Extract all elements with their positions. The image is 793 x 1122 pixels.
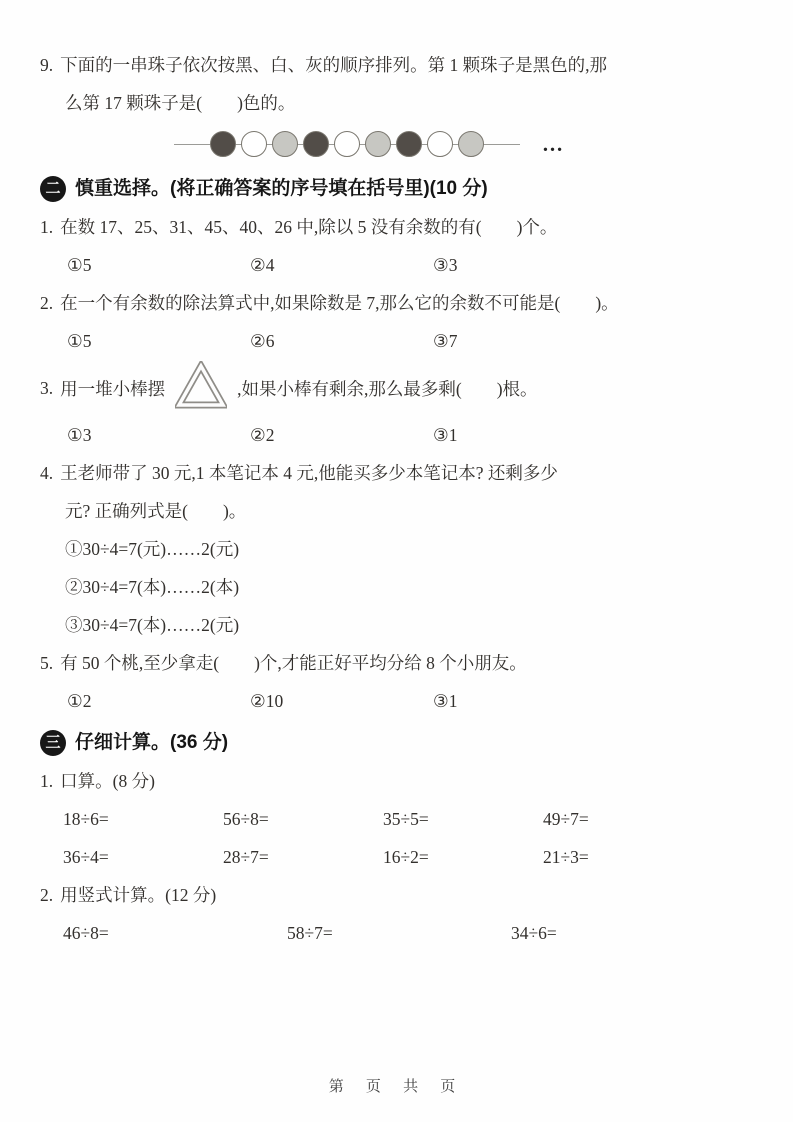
question-line: 1.口算。(8 分) [40, 762, 767, 800]
question-number: 1. [40, 217, 53, 237]
section-calc-title: 仔细计算。(36 分) [75, 724, 228, 762]
question-number: 1. [40, 771, 53, 791]
question-line: 2.用竖式计算。(12 分) [40, 876, 767, 914]
oral-calc-row-2: 36÷4= 28÷7= 16÷2= 21÷3= [40, 838, 767, 876]
choice-question-4: 4.王老师带了 30 元,1 本笔记本 4 元,他能买多少本笔记本? 还剩多少 … [40, 454, 767, 644]
expression: 21÷3= [543, 838, 589, 876]
page-footer: 第 页 共 页 [0, 1075, 793, 1096]
expression: 28÷7= [223, 838, 383, 876]
section-two-icon: 二 [40, 176, 66, 202]
question-number: 2. [40, 293, 53, 313]
oral-calc-row-1: 18÷6= 56÷8= 35÷5= 49÷7= [40, 800, 767, 838]
bead-white [241, 131, 267, 157]
options-row: ①2 ②10 ③1 [40, 682, 767, 720]
option-3: ③1 [433, 416, 457, 454]
expression: 34÷6= [511, 914, 557, 952]
question-number: 2. [40, 885, 53, 905]
choice-question-2: 2.在一个有余数的除法算式中,如果除数是 7,那么它的余数不可能是( )。 ①5… [40, 284, 767, 360]
question-text: 在数 17、25、31、45、40、26 中,除以 5 没有余数的有( )个。 [60, 217, 557, 237]
question-number: 5. [40, 653, 53, 673]
bead-string [210, 131, 484, 157]
bead-gray [272, 131, 298, 157]
option-3: ③30÷4=7(本)……2(元) [40, 606, 767, 644]
expression: 35÷5= [383, 800, 543, 838]
option-1: ①3 [67, 416, 250, 454]
bead-white [427, 131, 453, 157]
calc-question-2: 2.用竖式计算。(12 分) 46÷8= 58÷7= 34÷6= [40, 876, 767, 952]
question-number: 3. [40, 378, 53, 399]
question-text: 有 50 个桃,至少拿走( )个,才能正好平均分给 8 个小朋友。 [60, 653, 527, 673]
option-3: ③3 [433, 246, 457, 284]
vertical-calc-row: 46÷8= 58÷7= 34÷6= [40, 914, 767, 952]
expression: 58÷7= [287, 914, 511, 952]
bead-gray [458, 131, 484, 157]
bead-ellipsis: … [542, 132, 565, 157]
options-row: ①5 ②6 ③7 [40, 322, 767, 360]
choice-question-5: 5.有 50 个桃,至少拿走( )个,才能正好平均分给 8 个小朋友。 ①2 ②… [40, 644, 767, 720]
question-9-line2: 么第 17 颗珠子是( )色的。 [40, 84, 767, 122]
worksheet-page: 9.下面的一串珠子依次按黑、白、灰的顺序排列。第 1 颗珠子是黑色的,那 么第 … [0, 0, 793, 1122]
option-3: ③7 [433, 322, 457, 360]
question-line2: 元? 正确列式是( )。 [40, 492, 767, 530]
option-1: ①30÷4=7(元)……2(元) [40, 530, 767, 568]
question-text: 王老师带了 30 元,1 本笔记本 4 元,他能买多少本笔记本? 还剩多少 [60, 463, 558, 483]
bead-dark [303, 131, 329, 157]
bead-white [334, 131, 360, 157]
options-row: ①5 ②4 ③3 [40, 246, 767, 284]
expression: 46÷8= [63, 914, 287, 952]
expression: 49÷7= [543, 800, 589, 838]
option-1: ①5 [67, 322, 250, 360]
question-text: 在一个有余数的除法算式中,如果除数是 7,那么它的余数不可能是( )。 [60, 293, 619, 313]
question-line: 1.在数 17、25、31、45、40、26 中,除以 5 没有余数的有( )个… [40, 208, 767, 246]
calc-question-1: 1.口算。(8 分) 18÷6= 56÷8= 35÷5= 49÷7= 36÷4=… [40, 762, 767, 876]
question-title: 口算。(8 分) [60, 771, 155, 791]
question-line: 5.有 50 个桃,至少拿走( )个,才能正好平均分给 8 个小朋友。 [40, 644, 767, 682]
expression: 18÷6= [63, 800, 223, 838]
bead-gray [365, 131, 391, 157]
question-9-line1: 9.下面的一串珠子依次按黑、白、灰的顺序排列。第 1 颗珠子是黑色的,那 [40, 46, 767, 84]
option-1: ①5 [67, 246, 250, 284]
expression: 56÷8= [223, 800, 383, 838]
option-2: ②6 [250, 322, 433, 360]
section-choice-header: 二 慎重选择。(将正确答案的序号填在括号里)(10 分) [40, 170, 767, 208]
triangle-sticks-icon [175, 361, 227, 416]
question-9: 9.下面的一串珠子依次按黑、白、灰的顺序排列。第 1 颗珠子是黑色的,那 么第 … [40, 46, 767, 166]
bead-dark [210, 131, 236, 157]
option-2: ②4 [250, 246, 433, 284]
question-line1: 4.王老师带了 30 元,1 本笔记本 4 元,他能买多少本笔记本? 还剩多少 [40, 454, 767, 492]
option-2: ②10 [250, 682, 433, 720]
question-line: 2.在一个有余数的除法算式中,如果除数是 7,那么它的余数不可能是( )。 [40, 284, 767, 322]
option-3: ③1 [433, 682, 457, 720]
choice-question-1: 1.在数 17、25、31、45、40、26 中,除以 5 没有余数的有( )个… [40, 208, 767, 284]
question-text-before: 用一堆小棒摆 [60, 376, 165, 401]
options-row: ①3 ②2 ③1 [40, 416, 767, 454]
question-9-text: 下面的一串珠子依次按黑、白、灰的顺序排列。第 1 颗珠子是黑色的,那 [60, 55, 607, 75]
question-9-number: 9. [40, 55, 53, 75]
expression: 16÷2= [383, 838, 543, 876]
question-line: 3. 用一堆小棒摆 ,如果小棒有剩余,那么最多剩( )根。 [40, 360, 767, 416]
bead-diagram: … [40, 122, 767, 166]
option-1: ①2 [67, 682, 250, 720]
section-three-icon: 三 [40, 730, 66, 756]
section-choice-title: 慎重选择。(将正确答案的序号填在括号里)(10 分) [75, 170, 488, 208]
question-number: 4. [40, 463, 53, 483]
question-title: 用竖式计算。(12 分) [60, 885, 216, 905]
option-2: ②30÷4=7(本)……2(本) [40, 568, 767, 606]
section-calc-header: 三 仔细计算。(36 分) [40, 724, 767, 762]
expression: 36÷4= [63, 838, 223, 876]
choice-question-3: 3. 用一堆小棒摆 ,如果小棒有剩余,那么最多剩( )根。 ①3 ②2 ③1 [40, 360, 767, 454]
bead-dark [396, 131, 422, 157]
option-2: ②2 [250, 416, 433, 454]
question-text-after: ,如果小棒有剩余,那么最多剩( )根。 [237, 376, 537, 401]
